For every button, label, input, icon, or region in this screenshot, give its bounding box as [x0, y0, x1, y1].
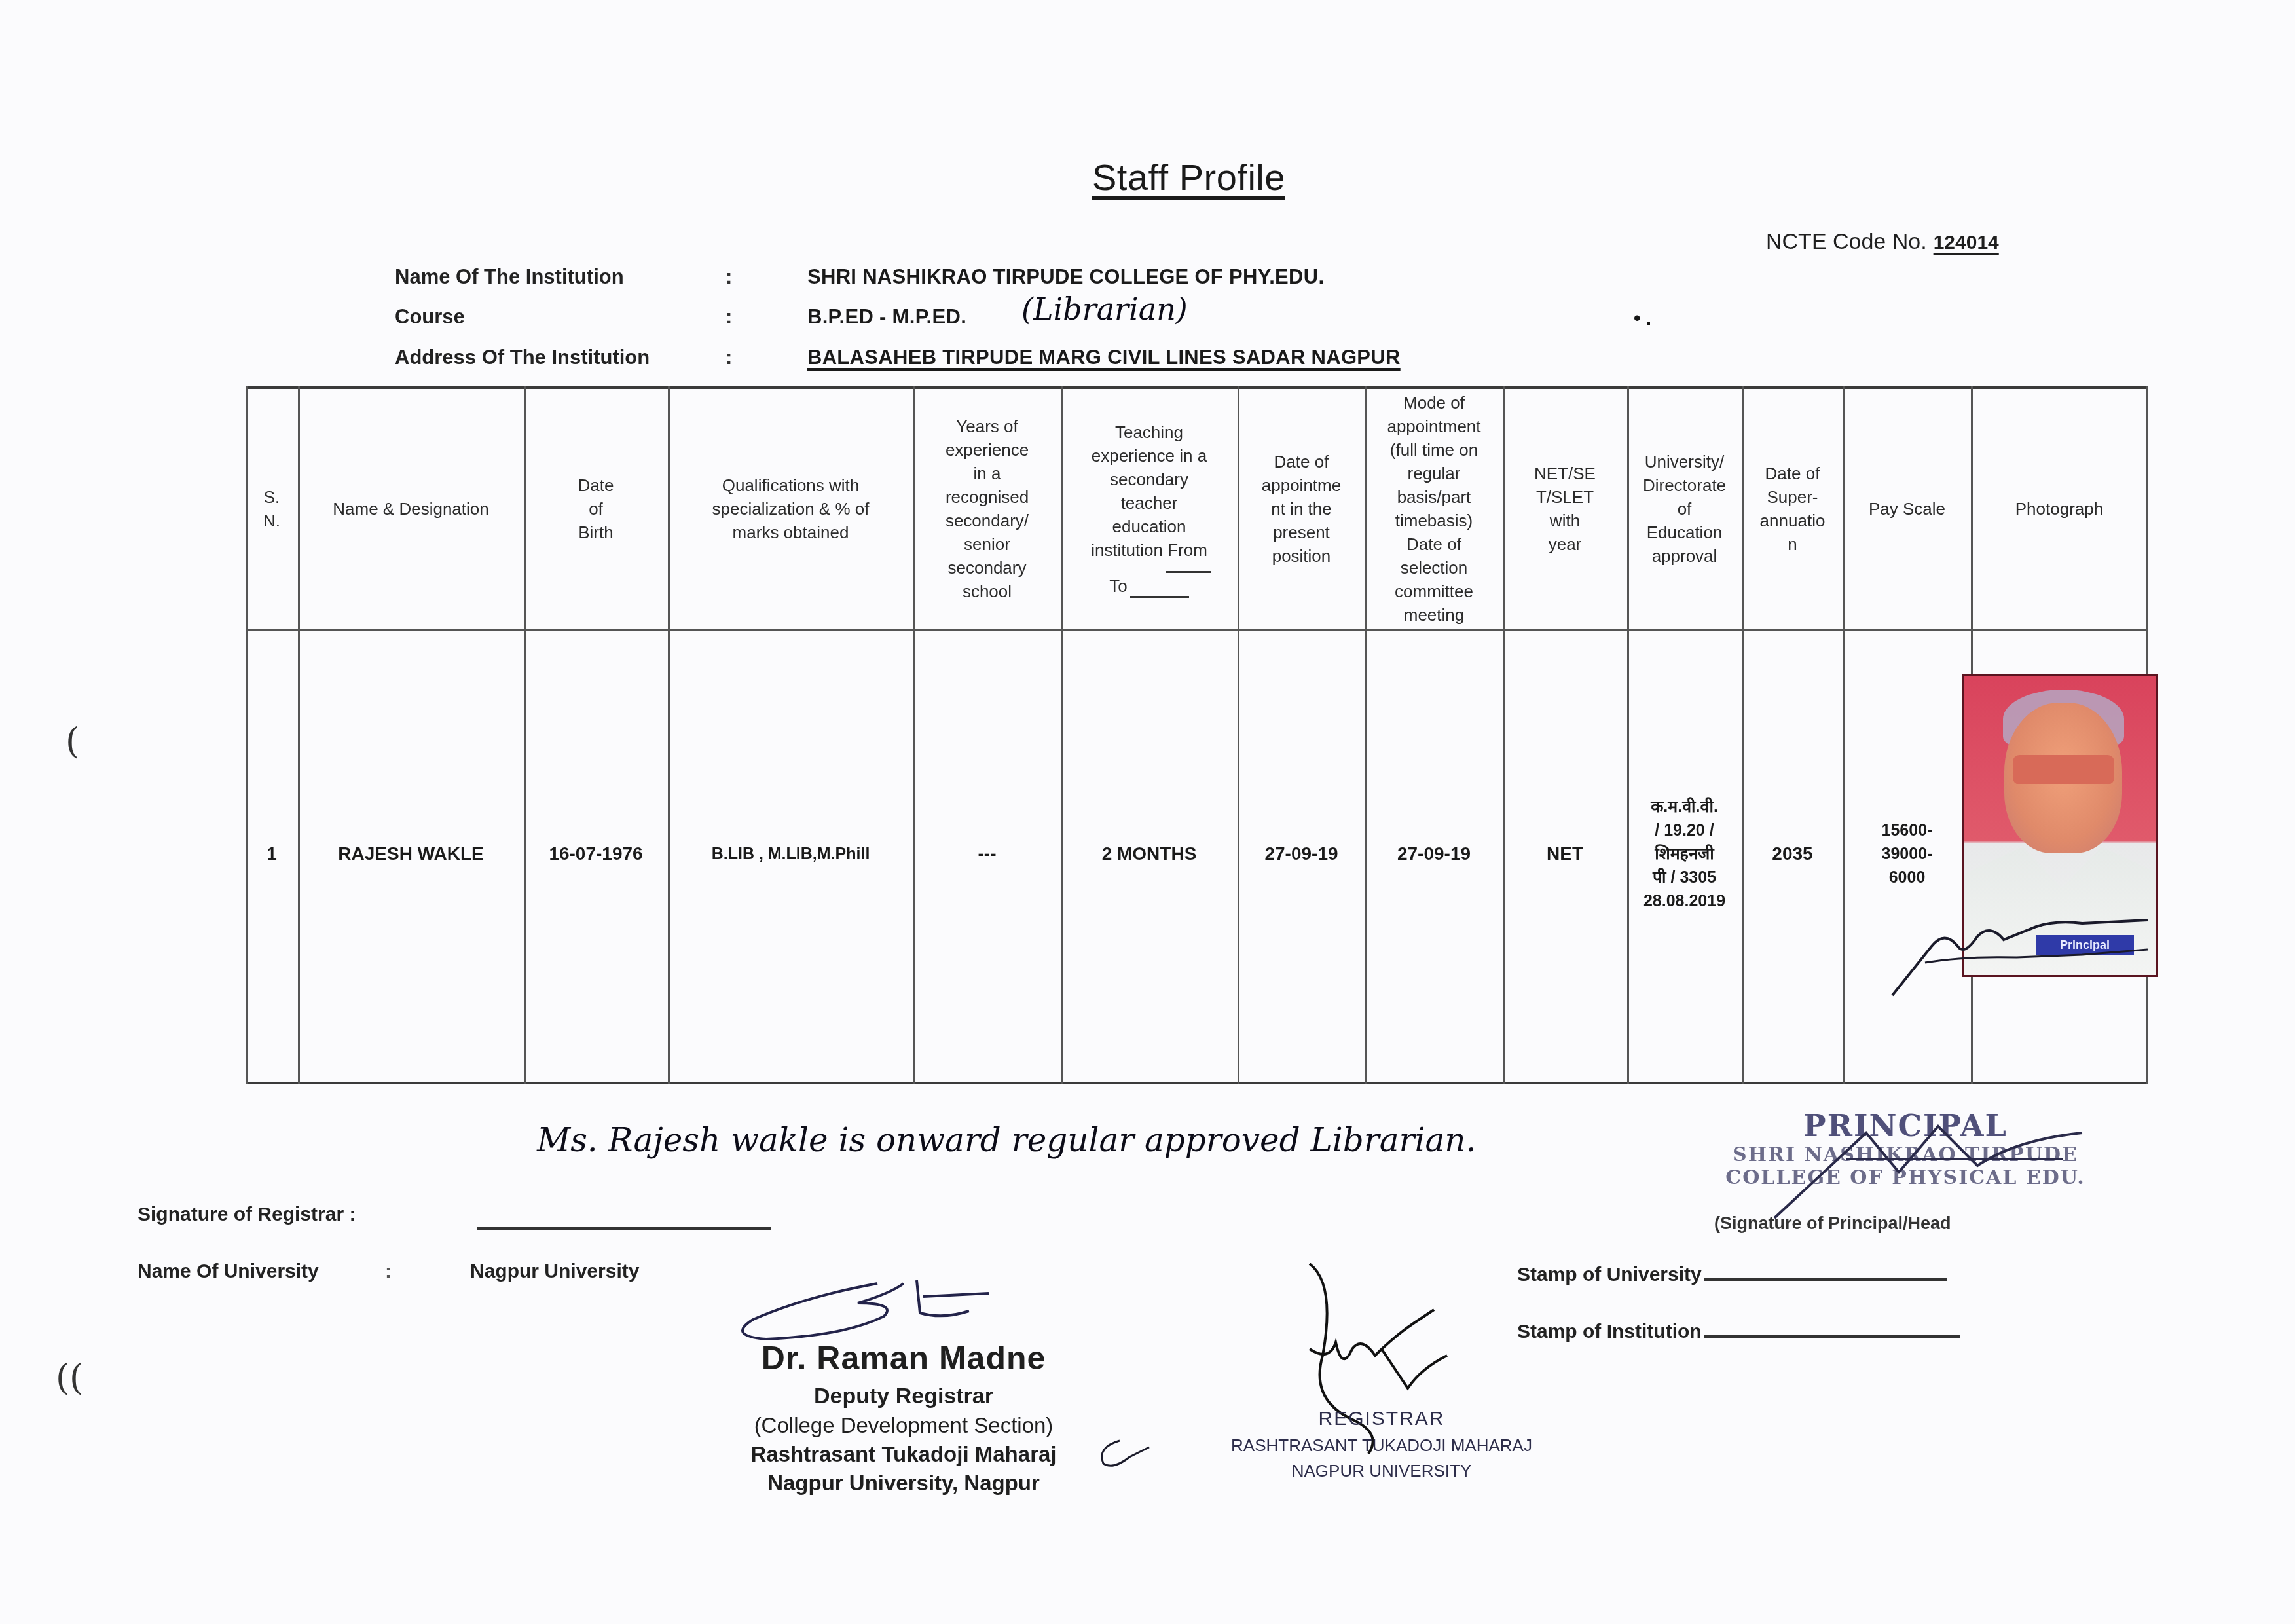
table-header-cell: University/ Directorate of Education app…: [1627, 389, 1742, 629]
teaching-to-field: To: [1087, 571, 1211, 598]
handwritten-remark: Ms. Rajesh wakle is onward regular appro…: [537, 1121, 1476, 1159]
table-header-cell: S. N.: [246, 389, 298, 629]
margin-punch-mark: ((: [56, 1357, 83, 1398]
registrar-stamp-line1: RASHTRASANT TUKADOJI MAHARAJ: [1185, 1435, 1578, 1456]
deputy-registrar-university-2: Nagpur University, Nagpur: [688, 1471, 1120, 1496]
table-cell-name: RAJESH WAKLE: [298, 631, 524, 1077]
table-header-cell: Years of experience in a recognised seco…: [913, 389, 1061, 629]
staff-table: S. N.Name & DesignationDate of BirthQual…: [246, 386, 2148, 1086]
table-cell-teaching-experience: 2 MONTHS: [1061, 631, 1238, 1077]
university-name-value: Nagpur University: [470, 1261, 639, 1283]
table-header-cell: Pay Scale: [1843, 389, 1971, 629]
registrar-stamp-line2: NAGPUR UNIVERSITY: [1185, 1461, 1578, 1481]
university-name-label: Name Of University: [138, 1261, 319, 1283]
course-label: Course: [395, 305, 465, 329]
course-handwritten-note: (Librarian): [1021, 291, 1188, 327]
institution-name-label: Name Of The Institution: [395, 265, 624, 289]
table-header-cell: Photograph: [1971, 389, 2148, 629]
registrar-stamp: REGISTRAR RASHTRASANT TUKADOJI MAHARAJ N…: [1185, 1408, 1578, 1481]
registrar-signature-label: Signature of Registrar :: [138, 1204, 356, 1226]
institution-address-value: BALASAHEB TIRPUDE MARG CIVIL LINES SADAR…: [807, 346, 1401, 369]
table-bottom-border: [246, 1082, 2148, 1084]
deputy-registrar-block: Dr. Raman Madne Deputy Registrar (Colleg…: [688, 1339, 1120, 1496]
registrar-stamp-title: REGISTRAR: [1185, 1408, 1578, 1430]
table-cell-pay-scale: 15600- 39000- 6000: [1843, 631, 1971, 1077]
table-header-cell: Mode of appointment (full time on regula…: [1365, 389, 1503, 629]
page-title: Staff Profile: [1092, 156, 1285, 198]
stamp-of-institution-label: Stamp of Institution: [1517, 1321, 1702, 1342]
table-cell-sn: 1: [246, 631, 298, 1077]
initial-mark: [1093, 1434, 1152, 1473]
deputy-registrar-signature: [727, 1270, 1028, 1342]
table-header-cell: Name & Designation: [298, 389, 524, 629]
table-cell-dob: 16-07-1976: [524, 631, 668, 1077]
colon: :: [385, 1261, 392, 1283]
table-cell-school-experience: ---: [913, 631, 1061, 1077]
ncte-code-value: 124014: [1934, 232, 1999, 253]
margin-punch-mark: (: [65, 720, 79, 762]
registrar-signature-line: [477, 1227, 771, 1230]
table-header-cell: Date of appointme nt in the present posi…: [1238, 389, 1365, 629]
deputy-registrar-name: Dr. Raman Madne: [688, 1339, 1120, 1377]
course-value: B.P.ED - M.P.ED.: [807, 305, 966, 329]
ncte-code-label: NCTE Code No.: [1766, 229, 1927, 254]
deputy-registrar-section: (College Development Section): [688, 1413, 1120, 1438]
principal-signature-label: (Signature of Principal/Head: [1714, 1213, 1951, 1234]
table-header-cell: Date of Birth: [524, 389, 668, 629]
table-header-cell: Teaching experience in a secondary teach…: [1061, 389, 1238, 629]
stamp-of-institution: Stamp of Institution: [1517, 1321, 1960, 1343]
table-cell-date-of-appointment: 27-09-19: [1238, 631, 1365, 1077]
stamp-of-university-line: [1704, 1278, 1947, 1281]
deputy-registrar-university-1: Rashtrasant Tukadoji Maharaj: [688, 1442, 1120, 1467]
colon: :: [725, 305, 732, 329]
table-cell-superannuation: 2035: [1742, 631, 1843, 1077]
stray-mark: • .: [1634, 308, 1651, 330]
table-cell-qualifications: B.LIB , M.LIB,M.Phill: [668, 631, 913, 1077]
table-header-cell: Qualifications with specialization & % o…: [668, 389, 913, 629]
principal-signature-on-photo: [1886, 884, 2161, 1002]
ncte-code: NCTE Code No.124014: [1766, 229, 1999, 255]
stamp-of-institution-line: [1704, 1335, 1960, 1338]
table-header-cell: NET/SE T/SLET with year: [1503, 389, 1627, 629]
table-header-cell: Date of Super- annuatio n: [1742, 389, 1843, 629]
table-cell-university-approval: क.म.वी.वी. / 19.20 / शिमहनजी पी / 3305 2…: [1627, 631, 1742, 1077]
colon: :: [725, 346, 732, 369]
deputy-registrar-designation: Deputy Registrar: [688, 1384, 1120, 1409]
stamp-of-university-label: Stamp of University: [1517, 1264, 1702, 1285]
table-cell-net-set-slet: NET: [1503, 631, 1627, 1077]
table-cell-mode-of-appointment: 27-09-19: [1365, 631, 1503, 1077]
institution-address-label: Address Of The Institution: [395, 346, 650, 369]
colon: :: [725, 265, 732, 289]
stamp-of-university: Stamp of University: [1517, 1264, 1947, 1286]
institution-name-value: SHRI NASHIKRAO TIRPUDE COLLEGE OF PHY.ED…: [807, 265, 1324, 289]
